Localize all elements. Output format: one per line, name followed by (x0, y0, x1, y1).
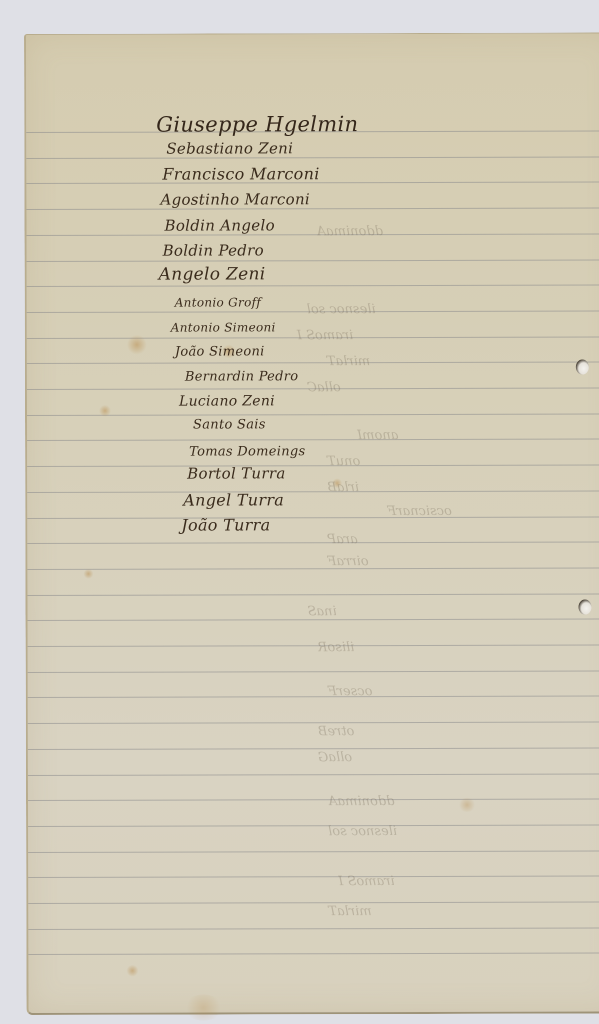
ruled-line (28, 799, 599, 802)
ruled-line (27, 465, 599, 468)
ruled-line (27, 233, 599, 236)
ruled-line (28, 901, 599, 904)
ruled-line (28, 773, 599, 776)
ruled-line (26, 208, 599, 211)
name-entry: Bernardin Pedro (185, 370, 299, 383)
ruled-line (27, 439, 599, 442)
ruled-line (28, 927, 599, 930)
ruled-line (28, 747, 599, 750)
ruled-line (27, 490, 599, 493)
name-entry: Angel Turra (183, 492, 284, 508)
name-entry: Boldin Angelo (164, 218, 274, 233)
bleed-through-word: ilesnoc sol (307, 302, 376, 317)
ruled-line (27, 593, 599, 596)
bleed-through-word: mirlaT (327, 354, 370, 369)
name-entry: Santo Sais (193, 418, 266, 431)
foxing-stain (184, 994, 224, 1020)
bleed-through-word: anomI (357, 428, 398, 443)
bleed-through-word: inaS (307, 604, 336, 619)
name-entry: João Simeoni (175, 345, 265, 358)
name-entry: Sebastiano Zeni (166, 141, 293, 156)
name-entry: Giuseppe Hgelmin (156, 114, 358, 136)
bleed-through-word: ocserF (328, 684, 373, 699)
name-entry: João Turra (181, 517, 270, 533)
ruled-line (28, 722, 599, 725)
name-entry: Antonio Groff (175, 296, 261, 308)
bleed-through-word: iramoS I (297, 328, 353, 343)
ruled-line (27, 516, 599, 519)
ruled-line (28, 953, 599, 956)
name-entry: Agostinho Marconi (160, 192, 310, 207)
ruled-line (26, 156, 599, 159)
bleed-through-word: ollaC (307, 380, 341, 395)
bleed-through-word: ddonimaA (316, 224, 383, 239)
bleed-through-word: araP (327, 532, 358, 547)
ruled-line (27, 285, 599, 288)
bleed-through-word: ilesnoc sol (328, 824, 397, 839)
ruled-line (27, 567, 599, 570)
name-list: Giuseppe Hgelmin Sebastiano Zeni Francis… (26, 33, 599, 35)
ruled-line (28, 876, 599, 879)
foxing-stain (126, 965, 138, 977)
ruled-lines (26, 33, 599, 35)
ruled-line (27, 413, 599, 416)
ruled-line (27, 259, 599, 262)
name-entry: Bortol Turra (187, 466, 285, 481)
bleed-through-word: ddonimaA (328, 794, 395, 809)
punch-hole (576, 360, 589, 375)
bleed-through-word: oirraF (327, 554, 368, 569)
ruled-line (27, 542, 599, 545)
foxing-stain (83, 569, 93, 579)
bleed-through-word: onuT (327, 454, 360, 469)
punch-hole (578, 600, 591, 615)
ledger-page: ddonimaAilesnoc soliramoS ImirlaTollaCan… (24, 32, 599, 1015)
ruled-line (28, 824, 599, 827)
bleed-through-word: ocsicnarF (387, 504, 452, 519)
foxing-stain (127, 335, 147, 355)
foxing-stain (458, 798, 476, 812)
name-entry: Luciano Zeni (179, 394, 275, 408)
name-entry: Tomas Domeings (189, 445, 305, 458)
name-entry: Angelo Zeni (159, 266, 266, 283)
name-entry: Antonio Simeoni (171, 321, 276, 333)
bleed-through-word: mirlaT (328, 904, 371, 919)
ruled-line (28, 644, 599, 647)
name-entry: Francisco Marconi (162, 166, 319, 182)
bleed-through-word: ollaG (318, 750, 352, 765)
bleed-through-word: otreB (318, 724, 355, 739)
bleed-through-word: ilisoR (318, 640, 355, 655)
foxing-stain (99, 405, 111, 417)
bleed-through-word: irlaB (327, 480, 359, 495)
bleed-through-text: ddonimaAilesnoc soliramoS ImirlaTollaCan… (26, 33, 599, 35)
name-entry: Boldin Pedro (163, 243, 264, 258)
ruled-line (28, 850, 599, 853)
ruled-line (28, 670, 599, 673)
bleed-through-word: iramoS I (338, 874, 394, 889)
ruled-line (28, 696, 599, 699)
ruled-line (27, 362, 599, 365)
